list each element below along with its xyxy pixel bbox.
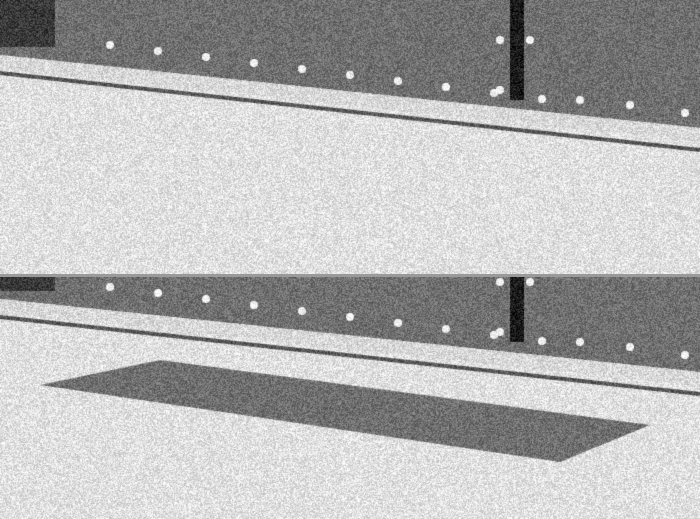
bottom-photo: [0, 277, 700, 519]
top-photo: [0, 0, 700, 274]
